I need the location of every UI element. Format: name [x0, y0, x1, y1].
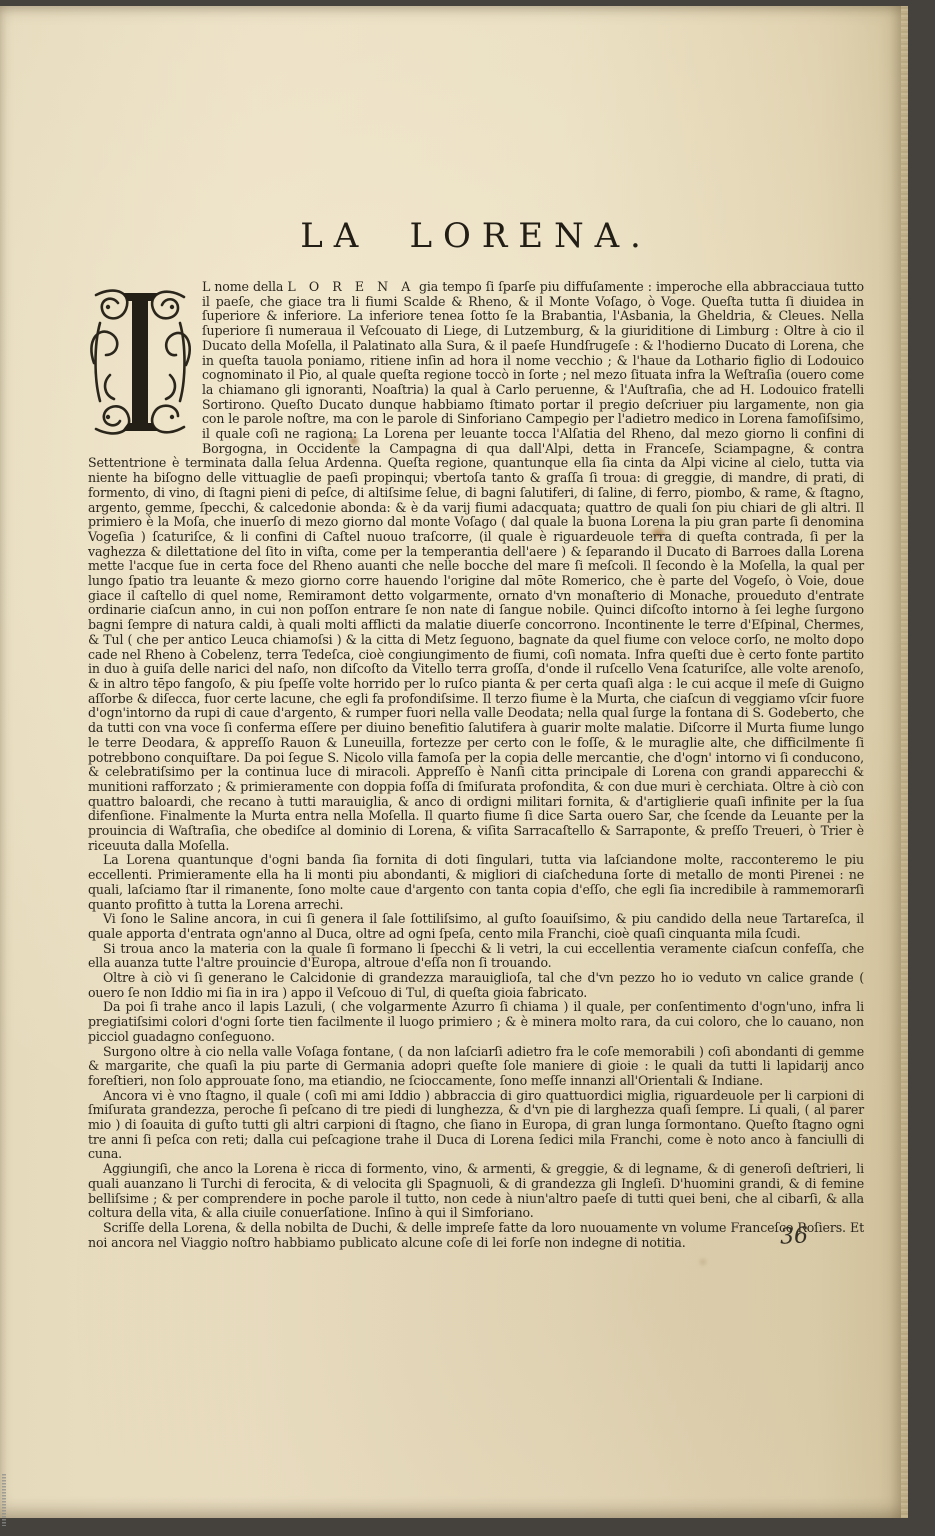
- page-edge-texture: [901, 6, 908, 1518]
- page-number: 36: [779, 1223, 808, 1249]
- book-page: LA LORENA.: [0, 6, 908, 1518]
- paragraph: Vi ſono le Saline ancora, in cui ſi gene…: [88, 912, 864, 941]
- paragraph: Aggiungiſi, che anco la Lorena è ricca d…: [88, 1162, 864, 1221]
- foxing-spot: [700, 1259, 706, 1265]
- paragraph: Scriſſe della Lorena, & della nobilta de…: [88, 1221, 864, 1250]
- lorena-smallcaps: L O R E N A: [287, 279, 414, 294]
- paragraph: Si troua anco la materia con la quale ſi…: [88, 942, 864, 971]
- paragraph: La Lorena quantunque d'ogni banda ſia fo…: [88, 853, 864, 912]
- paragraph-lead: L nome della: [202, 279, 287, 294]
- body-text: L nome della L O R E N A gia tempo ſi ſp…: [88, 280, 864, 1250]
- ornate-initial-I: [88, 283, 192, 441]
- paragraph: Da poi ſi trahe anco il lapis Lazuli, ( …: [88, 1000, 864, 1044]
- paragraph-first: L nome della L O R E N A gia tempo ſi ſp…: [88, 280, 864, 853]
- margin-watermark: [2, 1474, 6, 1526]
- paragraph-body: gia tempo ſi ſparſe piu diffuſamente : i…: [88, 279, 864, 853]
- paragraph: Oltre à ciò vi ſi generano le Calcidonie…: [88, 971, 864, 1000]
- page-title: LA LORENA.: [88, 216, 864, 256]
- text-column: LA LORENA.: [88, 216, 864, 1250]
- scan-background: { "page": { "title": "LA LORENA.", "page…: [0, 0, 935, 1536]
- paragraph: Ancora vi è vno ſtagno, il quale ( coſi …: [88, 1089, 864, 1163]
- paragraph: Surgono oltre à cio nella valle Voſaga f…: [88, 1045, 864, 1089]
